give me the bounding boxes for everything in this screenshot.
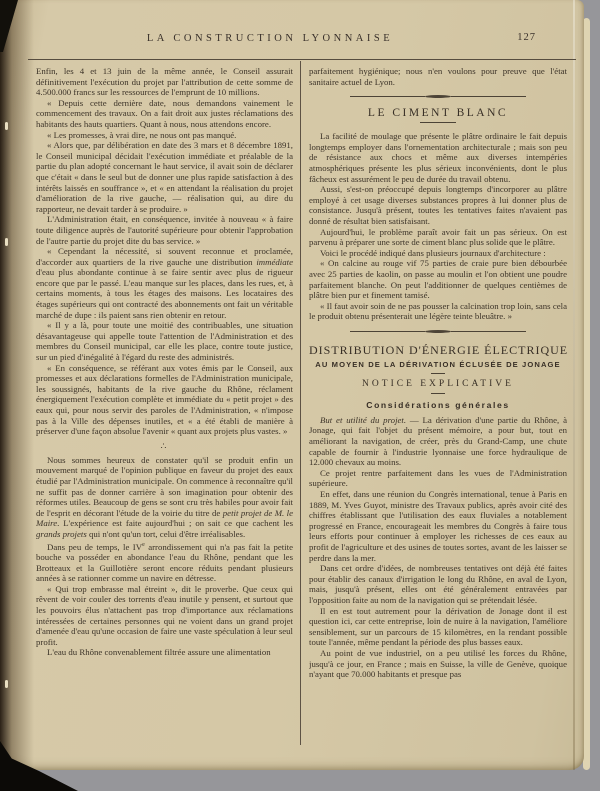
column-divider-rule <box>300 61 301 745</box>
paragraph: Ce projet rentre parfaitement dans les v… <box>309 468 567 489</box>
paragraph: L'Administration était, en conséquence, … <box>36 214 293 246</box>
scanned-journal-page: { "header": { "journal_title": "LA CONST… <box>0 0 600 791</box>
article-title-ciment-blanc: LE CIMENT BLANC <box>309 107 567 119</box>
subsection-heading-considerations: Considérations générales <box>309 400 567 410</box>
paragraph: « Il y a là, pour toute une moitié des c… <box>36 320 293 362</box>
right-column: parfaitement hygiénique; nous n'en voulo… <box>309 66 567 768</box>
asterism-separator: ∴ <box>36 441 293 452</box>
stacked-page-edges <box>583 18 590 770</box>
section-heading-notice: NOTICE EXPLICATIVE <box>309 379 567 389</box>
section-separator-rule <box>350 95 526 98</box>
paragraph: « Il faut avoir soin de ne pas pousser l… <box>309 301 567 322</box>
page-number: 127 <box>517 32 536 43</box>
journal-title: LA CONSTRUCTION LYONNAISE <box>30 33 510 44</box>
paragraph: Aujourd'hui, le problème paraît avoir fa… <box>309 227 567 248</box>
article-title-distribution-energie: DISTRIBUTION D'ÉNERGIE ÉLECTRIQUE <box>309 343 567 358</box>
article-subtitle-jonage: AU MOYEN DE LA DÉRIVATION ÉCLUSÉE DE JON… <box>309 360 567 369</box>
paragraph: « Les promesses, à vrai dire, ne nous on… <box>36 130 293 141</box>
journal-page: LA CONSTRUCTION LYONNAISE 127 Enfin, les… <box>0 0 584 770</box>
section-separator-rule <box>350 330 526 333</box>
header-rule <box>28 59 576 60</box>
paragraph: Aussi, s'est-on préoccupé depuis longtem… <box>309 184 567 226</box>
title-underline <box>420 122 456 123</box>
paragraph: But et utilité du projet. — La dérivatio… <box>309 415 567 468</box>
paragraph: « Cependant la nécessité, si souvent rec… <box>36 246 293 320</box>
mini-rule <box>431 373 445 374</box>
paragraph: Au point de vue industriel, on a peu uti… <box>309 648 567 680</box>
paragraph: Dans cet ordre d'idées, de nombreuses te… <box>309 563 567 605</box>
paragraph: Dans peu de temps, le IVe arrondissement… <box>36 540 293 584</box>
page-content: LA CONSTRUCTION LYONNAISE 127 Enfin, les… <box>0 0 584 770</box>
paragraph: Nous sommes heureux de constater qu'il s… <box>36 455 293 540</box>
paragraph: Voici le procédé indiqué dans plusieurs … <box>309 248 567 259</box>
paragraph: « Alors que, par délibération en date de… <box>36 140 293 214</box>
paragraph: Enfin, les 4 et 13 juin de la même année… <box>36 66 293 98</box>
paragraph: « Depuis cette dernière date, nous deman… <box>36 98 293 130</box>
separator-diamond <box>425 330 451 333</box>
paragraph: L'eau du Rhône convenablement filtrée as… <box>36 647 293 658</box>
separator-diamond <box>425 95 451 98</box>
paragraph: En effet, dans une réunion du Congrès in… <box>309 489 567 563</box>
paragraph: Il en est tout autrement pour la dérivat… <box>309 606 567 648</box>
left-column: Enfin, les 4 et 13 juin de la même année… <box>36 66 293 768</box>
paragraph: « On calcine au rouge vif 75 parties de … <box>309 258 567 300</box>
paragraph: « En conséquence, se référant aux votes … <box>36 363 293 437</box>
paragraph: « Qui trop embrasse mal étreint », dit l… <box>36 584 293 648</box>
mini-rule <box>431 393 445 394</box>
paragraph: La facilité de moulage que présente le p… <box>309 131 567 184</box>
paragraph: parfaitement hygiénique; nous n'en voulo… <box>309 66 567 87</box>
